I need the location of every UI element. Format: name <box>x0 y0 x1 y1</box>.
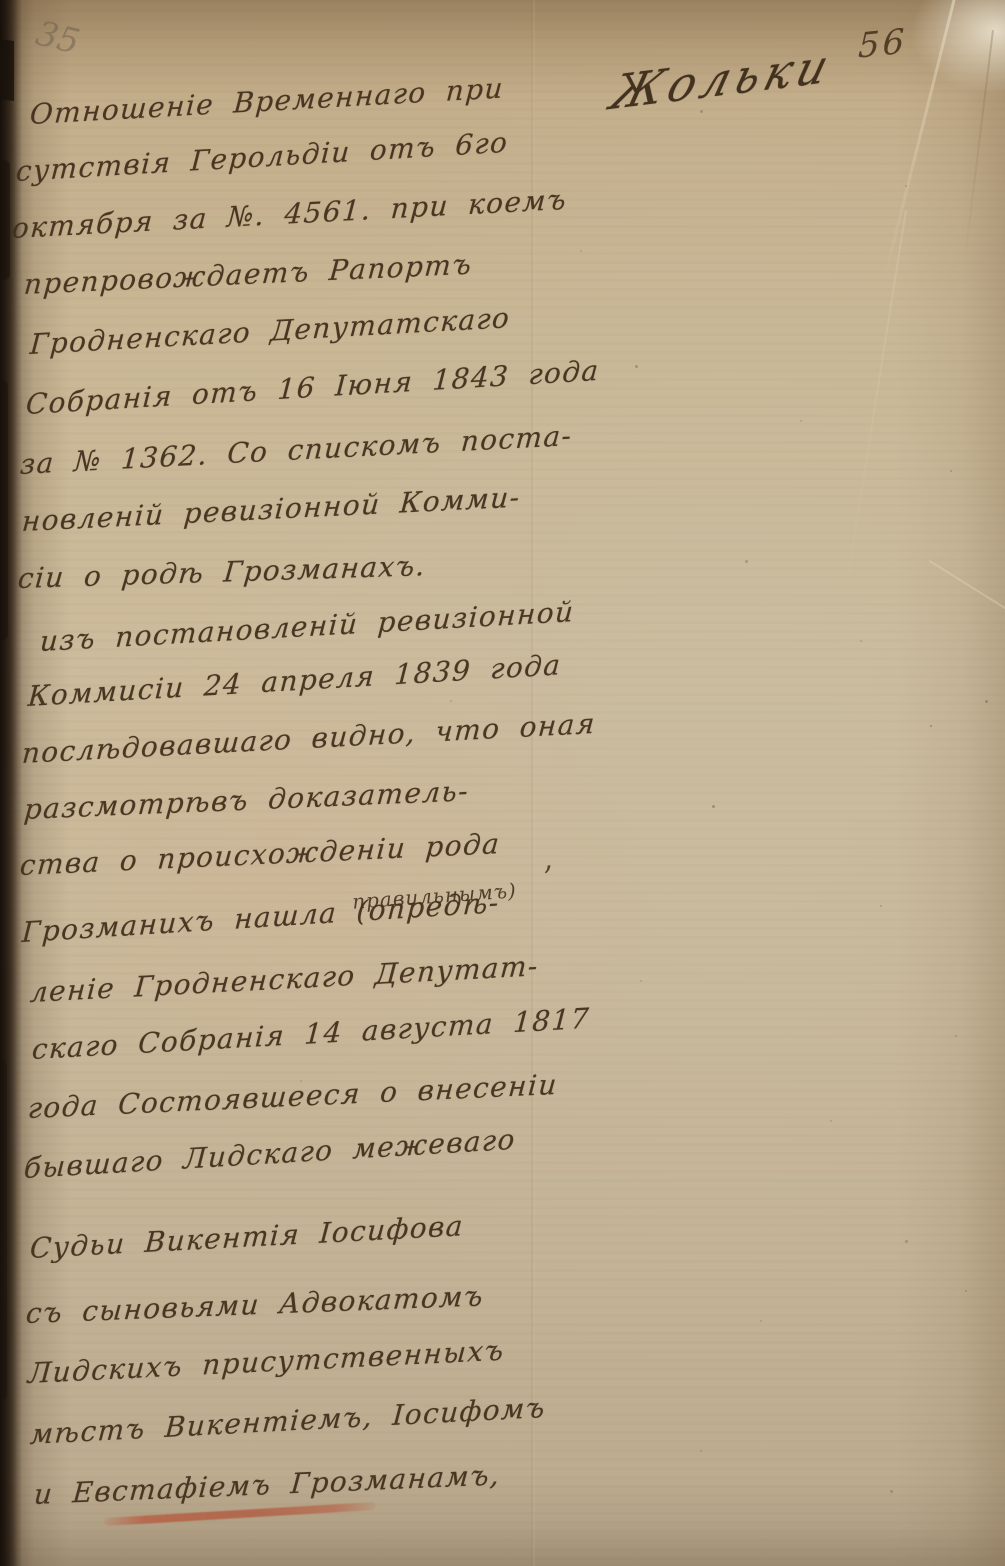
manuscript-line: мѣстъ Викентіемъ, Іосифомъ <box>29 1391 547 1451</box>
manuscript-line: Судьи Викентія Іосифова <box>29 1209 465 1265</box>
foxing-speck <box>450 700 452 702</box>
foxing-speck <box>955 1035 957 1037</box>
binding-paper-layer <box>0 39 14 101</box>
edge-crease <box>839 210 907 625</box>
foxing-speck <box>745 560 748 563</box>
folio-number: 56 <box>857 21 907 67</box>
corner-crease <box>963 30 994 268</box>
manuscript-line: съ сыновьями Адвокатомъ <box>25 1279 486 1330</box>
manuscript-line: года Состоявшееся о внесеніи <box>27 1068 559 1125</box>
manuscript-line: сіи о родѣ Грозманахъ. <box>16 549 427 595</box>
foxing-speck <box>300 1080 302 1082</box>
foxing-speck <box>965 1290 967 1292</box>
corner-annotation-scribble: Жольки <box>605 37 839 120</box>
foxing-speck <box>830 1120 832 1122</box>
manuscript-line: Гродненскаго Депутатскаго <box>29 301 512 361</box>
manuscript-line: ства о происхожденіи рода <box>19 827 502 882</box>
manuscript-line: Лидскихъ присутственныхъ <box>27 1334 506 1390</box>
manuscript-line: новленій ревизіонной Комми- <box>21 481 522 539</box>
foxing-speck <box>635 365 638 368</box>
binding-paper-layer <box>0 1060 7 1400</box>
foxing-speck <box>985 700 988 703</box>
foxing-speck <box>760 1320 762 1322</box>
manuscript-line: октября за №. 4561. при коемъ <box>11 183 568 245</box>
foxing-speck <box>800 420 802 422</box>
manuscript-line: изъ постановленій ревизіонной <box>39 595 576 658</box>
manuscript-line: Собранія отъ 16 Іюня 1843 года <box>25 354 601 421</box>
foxing-speck <box>905 1240 908 1243</box>
foxing-speck <box>860 640 862 642</box>
pencil-folio-annotation: 35 <box>32 13 84 62</box>
foxing-speck <box>700 1450 702 1452</box>
foxing-speck <box>712 805 715 808</box>
manuscript-line: препровождаетъ Рапортъ <box>23 248 474 302</box>
manuscript-line: Коммисіи 24 апреля 1839 года <box>27 648 563 713</box>
manuscript-line: скаго Собранія 14 августа 1817 <box>31 1002 591 1066</box>
foxing-speck <box>640 980 642 982</box>
binding-paper-layer <box>0 160 10 280</box>
manuscript-line: послѣдовавшаго видно, что оная <box>21 707 597 770</box>
insertion-caret-mark: , <box>539 841 554 877</box>
vertical-fold-crease <box>531 0 535 1566</box>
manuscript-line: и Евстафіемъ Грозманамъ, <box>33 1458 502 1511</box>
foxing-speck <box>905 185 907 187</box>
foxing-speck <box>580 250 582 252</box>
manuscript-line: Отношеніе Временнаго при <box>29 71 505 131</box>
foxing-speck <box>700 110 703 113</box>
foxing-speck <box>950 470 952 472</box>
edge-crease <box>929 560 1005 609</box>
foxing-speck <box>930 725 932 727</box>
manuscript-line: леніе Гродненскаго Депутат- <box>29 949 540 1009</box>
manuscript-line: за № 1362. Со спискомъ поста- <box>19 419 574 481</box>
foxing-speck <box>880 905 882 907</box>
manuscript-line: разсмотрѣвъ доказатель- <box>23 774 471 826</box>
manuscript-page: 35 56 Жольки Отношеніе Временнаго присут… <box>0 0 1005 1566</box>
manuscript-line: сутствія Герольдіи отъ 6го <box>15 126 509 188</box>
foxing-speck <box>890 1490 893 1493</box>
manuscript-line: бывшаго Лидскаго межеваго <box>23 1123 517 1185</box>
binding-paper-layer <box>0 380 8 640</box>
